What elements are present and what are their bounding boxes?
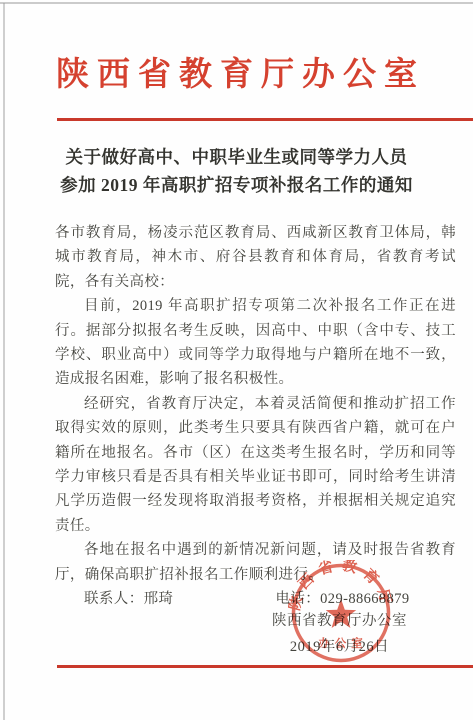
scan-edge-top (0, 2, 473, 4)
document-title-line1: 关于做好高中、中职毕业生或同等学力人员 (0, 143, 473, 171)
document-body: 各市教育局，杨凌示范区教育局、西咸新区教育卫体局，韩城市教育局，神木市、府谷县教… (55, 221, 456, 612)
footer-rule (57, 665, 473, 668)
scan-edge-left (3, 3, 5, 720)
document-page: 陕西省教育厅办公室 关于做好高中、中职毕业生或同等学力人员 参加 2019 年高… (0, 0, 473, 720)
signature-date: 2019年6月26日 (272, 634, 407, 660)
contact-phone-number: 029-88668879 (320, 591, 409, 607)
salutation: 各市教育局，杨凌示范区教育局、西咸新区教育卫体局，韩城市教育局，神木市、府谷县教… (55, 221, 456, 294)
letterhead-title: 陕西省教育厅办公室 (0, 0, 473, 94)
document-title-line2: 参加 2019 年高职扩招专项补报名工作的通知 (0, 171, 473, 199)
signature-org: 陕西省教育厅办公室 (272, 608, 407, 634)
contact-label: 联系人： (84, 591, 144, 607)
contact-phone-group: 电话：029-88668879 (275, 591, 409, 607)
paragraph-3: 各地在报名中遇到的新情况新问题，请及时报告省教育厅，确保高职扩招补报名工作顺利进… (55, 538, 456, 587)
signature-block: 陕西省教育厅办公室 2019年6月26日 (272, 608, 407, 660)
contact-phone-label: 电话： (275, 591, 320, 607)
document-title: 关于做好高中、中职毕业生或同等学力人员 参加 2019 年高职扩招专项补报名工作… (0, 143, 473, 199)
letterhead-rule (57, 118, 473, 121)
paragraph-2: 经研究，省教育厅决定，本着灵活简便和推动扩招工作取得实效的原则，此类考生只要具有… (55, 392, 456, 538)
contact-name: 邢琦 (144, 591, 174, 607)
paragraph-1: 目前，2019 年高职扩招专项第二次补报名工作正在进行。据部分拟报名考生反映，因… (55, 294, 456, 392)
